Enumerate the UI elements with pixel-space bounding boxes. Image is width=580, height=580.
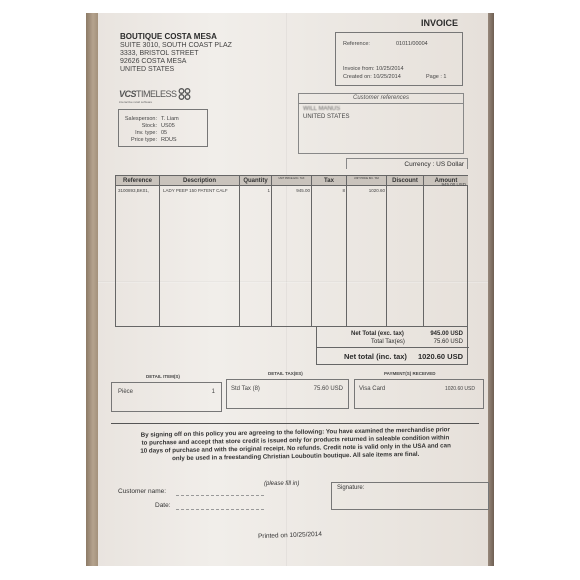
- invoice-paper: BOUTIQUE COSTA MESA SUITE 3010, SOUTH CO…: [98, 13, 488, 566]
- customer-references-header: Customer references: [299, 94, 463, 104]
- date-field[interactable]: [176, 508, 264, 510]
- address-line: 92626 COSTA MESA: [120, 58, 232, 66]
- col-header-description: Description: [160, 176, 240, 186]
- total-taxes-label: Total Tax(es): [371, 339, 405, 345]
- total-taxes-value: 75.60 USD: [434, 339, 463, 345]
- cell-reference: 3100893,BK01,: [118, 188, 149, 193]
- printed-on: Printed on 10/25/2014: [258, 531, 322, 540]
- signature-label: Signature:: [337, 485, 364, 491]
- detail-taxes-label: DETAIL TAX(ES): [268, 371, 303, 376]
- sales-value: T. Liam: [161, 116, 179, 122]
- payment-method: Visa Card: [359, 386, 385, 392]
- invoice-title: INVOICE: [421, 18, 458, 28]
- customer-name-redacted: WILL MANUS: [303, 106, 340, 112]
- sales-label: Salesperson:: [125, 116, 157, 122]
- policy-divider: [111, 423, 479, 424]
- detail-tax-name: Std Tax (8): [231, 386, 260, 392]
- sales-value: RDUS: [161, 137, 177, 143]
- invoice-from: Invoice from: 10/25/2014: [343, 66, 404, 72]
- detail-taxes-box: Std Tax (8) 75.60 USD: [226, 379, 349, 409]
- detail-item-count: 1: [212, 389, 215, 395]
- items-table: Reference Description Quantity UNIT PRIC…: [115, 175, 468, 327]
- col-header-reference: Reference: [116, 176, 160, 186]
- totals-box: Net Total (exc. tax) 945.00 USD Total Ta…: [316, 327, 468, 365]
- col-line: [347, 186, 387, 326]
- detail-tax-value: 75.60 USD: [314, 386, 343, 392]
- col-line: [116, 186, 160, 326]
- sales-value: 05: [161, 130, 167, 136]
- sales-label: Inv. type:: [135, 130, 157, 136]
- boutique-address: SUITE 3010, SOUTH COAST PLAZ 3333, BRIST…: [120, 42, 232, 74]
- reference-label: Reference:: [343, 41, 370, 47]
- address-line: 3333, BRISTOL STREET: [120, 50, 232, 58]
- customer-country: UNITED STATES: [303, 114, 349, 120]
- customer-references-box: Customer references WILL MANUS UNITED ST…: [298, 93, 464, 154]
- payment-amount: 1020.60 USD: [445, 386, 475, 392]
- logo-rest: TIMELESS: [136, 89, 177, 99]
- cell-quantity: 1: [240, 188, 270, 193]
- col-line: [387, 186, 424, 326]
- sales-label: Price type:: [131, 137, 157, 143]
- reference-value: 01011/00004: [396, 41, 428, 47]
- col-line: [160, 186, 240, 326]
- net-total-exc-value: 945.00 USD: [430, 331, 463, 337]
- net-total-inc-value: 1020.60 USD: [418, 352, 463, 361]
- vcs-logo: VCSTIMELESS: [119, 89, 177, 99]
- sales-value: US05: [161, 123, 175, 129]
- col-header-unit-price-exc: UNIT PRICE EXC. TAX: [272, 176, 312, 186]
- customer-name-label: Customer name:: [118, 488, 166, 495]
- cell-description: LADY PEEP 150 PATENT CALF: [163, 188, 228, 193]
- signature-box[interactable]: Signature:: [331, 482, 489, 510]
- payments-label: PAYMENT(S) RECEIVED: [384, 371, 436, 376]
- currency-label: Currency : US Dollar: [346, 158, 468, 169]
- logo-mark-icon: [178, 88, 191, 100]
- col-line: [240, 186, 272, 326]
- date-label: Date:: [155, 502, 171, 509]
- cell-unit-price-exc: 945.00: [272, 188, 310, 193]
- col-header-discount: Discount: [387, 176, 424, 186]
- logo-bold: VCS: [119, 89, 136, 99]
- col-line: [272, 186, 312, 326]
- sales-label: Stock:: [142, 123, 157, 129]
- boutique-name: BOUTIQUE COSTA MESA: [120, 32, 217, 41]
- cell-unit-price-inc: 1020.60: [347, 188, 385, 193]
- payments-box: Visa Card 1020.60 USD: [354, 379, 484, 409]
- col-line: [312, 186, 347, 326]
- cell-amount: 945.00 USD: [424, 182, 466, 187]
- address-line: SUITE 3010, SOUTH COAST PLAZ: [120, 42, 232, 50]
- cell-tax: 8: [312, 188, 345, 193]
- logo-tagline: interactive retail software: [119, 100, 152, 104]
- policy-text: By signing off on this policy you are ag…: [138, 426, 454, 463]
- net-total-inc-label: Net total (inc. tax): [344, 352, 407, 361]
- detail-item-name: Pièce: [118, 389, 133, 395]
- address-line: UNITED STATES: [120, 66, 232, 74]
- page-number: Page : 1: [426, 74, 447, 80]
- created-on: Created on: 10/25/2014: [343, 74, 401, 80]
- invoice-reference-box: Reference: 01011/00004 Invoice from: 10/…: [335, 32, 463, 86]
- please-fill-in-hint: (please fill in): [264, 481, 299, 487]
- col-header-unit-price-inc: UNIT PRICE INC. TAX: [347, 176, 387, 186]
- detail-items-box: Pièce 1: [111, 382, 222, 412]
- detail-items-label: DETAIL ITEM(S): [146, 374, 180, 379]
- col-header-tax: Tax: [312, 176, 347, 186]
- net-total-exc-label: Net Total (exc. tax): [351, 331, 404, 337]
- col-header-quantity: Quantity: [240, 176, 272, 186]
- sales-info-box: Salesperson:T. Liam Stock:US05 Inv. type…: [118, 109, 208, 147]
- totals-divider: [317, 347, 469, 348]
- customer-name-field[interactable]: [176, 494, 264, 496]
